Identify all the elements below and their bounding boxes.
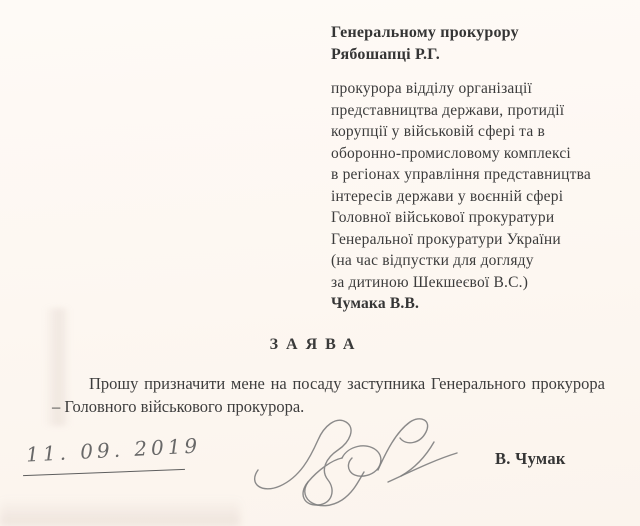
handwritten-signature-icon bbox=[238, 408, 468, 524]
sender-description-line: представництва держави, протидії bbox=[331, 100, 623, 122]
sender-description-line: оборонно-промисловому комплексі bbox=[331, 143, 623, 165]
recipient-block: Генеральному прокурору Рябошапці Р.Г. пр… bbox=[331, 22, 623, 315]
sender-description-line: прокурора відділу організації bbox=[331, 78, 623, 100]
recipient-name: Рябошапці Р.Г. bbox=[331, 44, 623, 66]
sender-description-line: інтересів держави у воєнній сфері bbox=[331, 186, 623, 208]
sender-description-line: Генеральної прокуратури України bbox=[331, 229, 623, 251]
sender-description-line: за дитиною Шекшеєвої В.С.) bbox=[331, 272, 623, 294]
applicant-name: Чумака В.В. bbox=[331, 293, 623, 315]
recipient-title: Генеральному прокурору bbox=[331, 22, 623, 44]
sender-description-line: в регіонах управління представництва bbox=[331, 164, 623, 186]
sender-description-line: Головної військової прокуратури bbox=[331, 207, 623, 229]
handwritten-date: 11. 09. 2019 bbox=[25, 433, 201, 466]
sender-description-line: корупції у військовій сфері та в bbox=[331, 121, 623, 143]
document-title: ЗАЯВА bbox=[0, 336, 640, 354]
sender-description-line: (на час відпустки для догляду bbox=[331, 250, 623, 272]
date-underline bbox=[23, 469, 185, 476]
sender-description: прокурора відділу організації представни… bbox=[331, 78, 623, 315]
signer-name: В. Чумак bbox=[495, 449, 566, 469]
scan-shadow-artifact bbox=[0, 498, 240, 526]
scanned-letter-page: Генеральному прокурору Рябошапці Р.Г. пр… bbox=[0, 0, 640, 526]
